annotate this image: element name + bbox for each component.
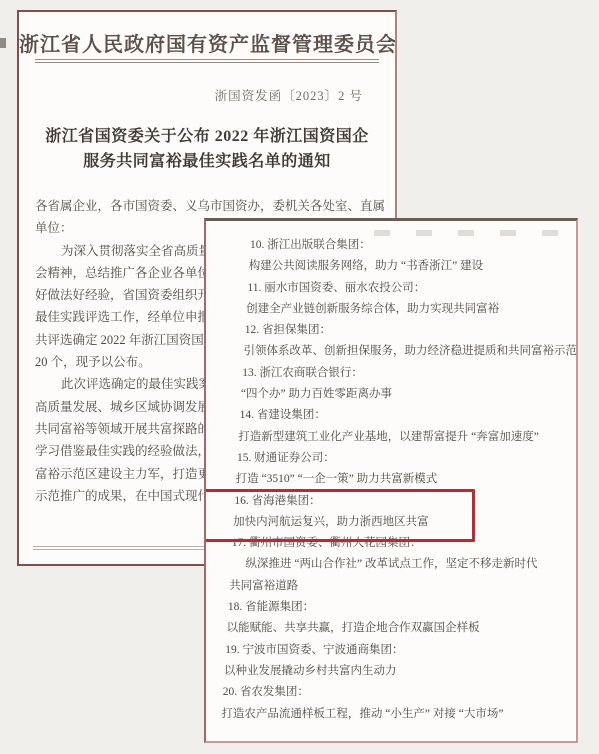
letterhead-divider <box>35 59 379 63</box>
notice-page-2-list: 10. 浙江出版联合集团：构建公共阅读服务网络，助力 “书香浙江” 建设11. … <box>204 218 578 743</box>
document-line: 12. 省担保集团： <box>206 320 576 341</box>
document-line: 打造农产品流通样板工程，推动 “小生产” 对接 “大市场” <box>206 704 576 725</box>
scanned-document-background: 浙江省人民政府国有资产监督管理委员会 浙国资发函〔2023〕2 号 浙江省国资委… <box>0 0 599 754</box>
scan-artifact <box>0 38 6 48</box>
document-line: 打造新型建筑工业化产业基地，以建帮富提升 “奔富加速度” <box>206 427 576 448</box>
letterhead-title: 浙江省人民政府国有资产监督管理委员会 <box>19 28 395 57</box>
document-line: 以能赋能、共享共赢，打造企地合作双赢国企样板 <box>206 618 576 639</box>
document-line: 打造 “3510” “一企一策” 助力共富新模式 <box>206 469 576 490</box>
notice-title: 浙江省国资委关于公布 2022 年浙江国资国企 服务共同富裕最佳实践名单的通知 <box>19 124 395 174</box>
document-line: 共同富裕道路 <box>206 576 576 597</box>
practice-list: 10. 浙江出版联合集团：构建公共阅读服务网络，助力 “书香浙江” 建设11. … <box>206 235 576 725</box>
document-line: “四个办” 助力百姓零距离办事 <box>206 384 576 405</box>
document-line: 20. 省农发集团： <box>206 682 576 703</box>
document-line: 各省属企业，各市国资委、义乌市国资办，委机关各处室、直属 <box>35 195 395 217</box>
document-line: 19. 宁波市国资委、宁波通商集团： <box>206 640 576 661</box>
notice-title-line-2: 服务共同富裕最佳实践名单的通知 <box>19 149 395 174</box>
document-line: 10. 浙江出版联合集团： <box>206 235 576 256</box>
document-line: 以种业发展撬动乡村共富内生动力 <box>206 661 576 682</box>
document-line: 创建全产业链创新服务综合体，助力实现共同富裕 <box>206 299 576 320</box>
document-line: 13. 浙江农商联合银行： <box>206 363 576 384</box>
document-line: 18. 省能源集团： <box>206 597 576 618</box>
document-number: 浙国资发函〔2023〕2 号 <box>215 86 363 104</box>
document-line: 14. 省建设集团： <box>206 405 576 426</box>
document-line: 15. 财通证券公司： <box>206 448 576 469</box>
notice-title-line-1: 浙江省国资委关于公布 2022 年浙江国资国企 <box>19 124 395 149</box>
document-line: 纵深推进 “两山合作社” 改革试点工作，坚定不移走新时代 <box>206 554 576 575</box>
document-line: 引领体系改革、创新担保服务，助力经济稳进提质和共同富裕示范 <box>206 341 576 362</box>
document-line: 11. 丽水市国资委、丽水农投公司： <box>206 278 576 299</box>
highlight-box-item-16 <box>204 489 475 542</box>
document-line: 构建公共阅读服务网络，助力 “书香浙江” 建设 <box>206 256 576 277</box>
